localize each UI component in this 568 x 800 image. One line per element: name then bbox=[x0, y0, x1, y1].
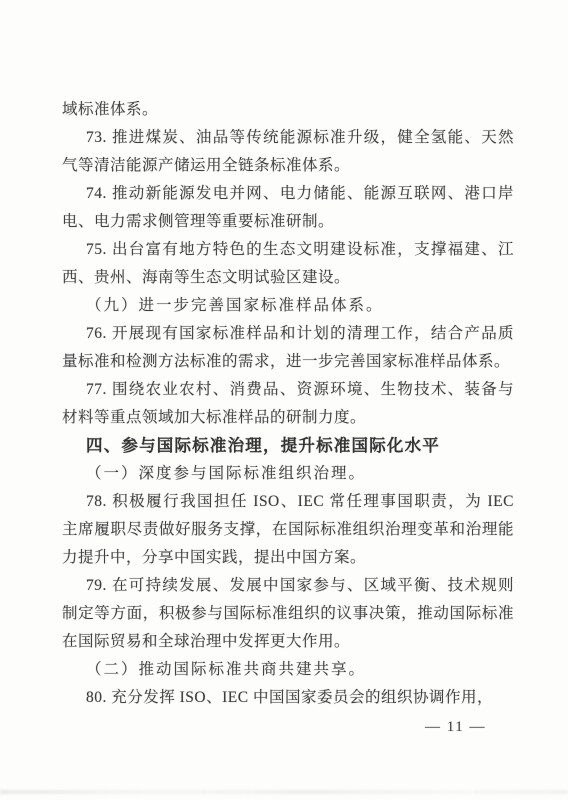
paragraph: 74. 推动新能源发电并网、电力储能、能源互联网、港口岸电、电力需求侧管理等重要… bbox=[62, 180, 514, 236]
text-line: 域标准体系。 bbox=[62, 96, 514, 124]
text-line: 77. 围绕农业农村、消费品、资源环境、生物技术、装备与 bbox=[62, 376, 514, 404]
text-line: 主席履职尽责做好服务支撑，在国际标准组织治理变革和治理能 bbox=[62, 516, 514, 544]
text-line: 在国际贸易和全球治理中发挥更大作用。 bbox=[62, 628, 514, 656]
text-line: 80. 充分发挥 ISO、IEC 中国国家委员会的组织协调作用， bbox=[62, 684, 514, 712]
paragraph: 80. 充分发挥 ISO、IEC 中国国家委员会的组织协调作用， bbox=[62, 684, 514, 712]
document-text: 域标准体系。73. 推进煤炭、油品等传统能源标准升级，健全氢能、天然气等清洁能源… bbox=[62, 96, 514, 712]
document-page: 域标准体系。73. 推进煤炭、油品等传统能源标准升级，健全氢能、天然气等清洁能源… bbox=[0, 0, 568, 800]
text-line: 76. 开展现有国家标准样品和计划的清理工作，结合产品质 bbox=[62, 320, 514, 348]
paragraph: 73. 推进煤炭、油品等传统能源标准升级，健全氢能、天然气等清洁能源产储运用全链… bbox=[62, 124, 514, 180]
sub-heading: （一）深度参与国际标准组织治理。 bbox=[62, 460, 514, 488]
text-line: （一）深度参与国际标准组织治理。 bbox=[62, 460, 514, 488]
text-line: 量标准和检测方法标准的需求，进一步完善国家标准样品体系。 bbox=[62, 348, 514, 376]
paragraph: 75. 出台富有地方特色的生态文明建设标准，支撑福建、江西、贵州、海南等生态文明… bbox=[62, 236, 514, 292]
paragraph: 76. 开展现有国家标准样品和计划的清理工作，结合产品质量标准和检测方法标准的需… bbox=[62, 320, 514, 376]
text-line: 78. 积极履行我国担任 ISO、IEC 常任理事国职责，为 IEC bbox=[62, 488, 514, 516]
sub-heading: （二）推动国际标准共商共建共享。 bbox=[62, 656, 514, 684]
scan-artifact bbox=[0, 790, 568, 794]
text-line: 79. 在可持续发展、发展中国家参与、区域平衡、技术规则 bbox=[62, 572, 514, 600]
text-line: 四、参与国际标准治理，提升标准国际化水平 bbox=[62, 432, 514, 460]
text-line: 力提升中，分享中国实践，提出中国方案。 bbox=[62, 544, 514, 572]
text-line: 制定等方面，积极参与国际标准组织的议事决策，推动国际标准 bbox=[62, 600, 514, 628]
text-line: 74. 推动新能源发电并网、电力储能、能源互联网、港口岸 bbox=[62, 180, 514, 208]
paragraph: 77. 围绕农业农村、消费品、资源环境、生物技术、装备与材料等重点领域加大标准样… bbox=[62, 376, 514, 432]
section-heading: 四、参与国际标准治理，提升标准国际化水平 bbox=[62, 432, 514, 460]
paragraph: 78. 积极履行我国担任 ISO、IEC 常任理事国职责，为 IEC主席履职尽责… bbox=[62, 488, 514, 572]
text-line: 气等清洁能源产储运用全链条标准体系。 bbox=[62, 152, 514, 180]
sub-heading: （九）进一步完善国家标准样品体系。 bbox=[62, 292, 514, 320]
text-line: 材料等重点领域加大标准样品的研制力度。 bbox=[62, 404, 514, 432]
text-line: （九）进一步完善国家标准样品体系。 bbox=[62, 292, 514, 320]
text-line: （二）推动国际标准共商共建共享。 bbox=[62, 656, 514, 684]
paragraph: 域标准体系。 bbox=[62, 96, 514, 124]
paragraph: 79. 在可持续发展、发展中国家参与、区域平衡、技术规则制定等方面，积极参与国际… bbox=[62, 572, 514, 656]
text-line: 电、电力需求侧管理等重要标准研制。 bbox=[62, 208, 514, 236]
text-line: 75. 出台富有地方特色的生态文明建设标准，支撑福建、江 bbox=[62, 236, 514, 264]
text-line: 西、贵州、海南等生态文明试验区建设。 bbox=[62, 264, 514, 292]
text-line: 73. 推进煤炭、油品等传统能源标准升级，健全氢能、天然 bbox=[62, 124, 514, 152]
page-number: — 11 — bbox=[425, 713, 486, 741]
